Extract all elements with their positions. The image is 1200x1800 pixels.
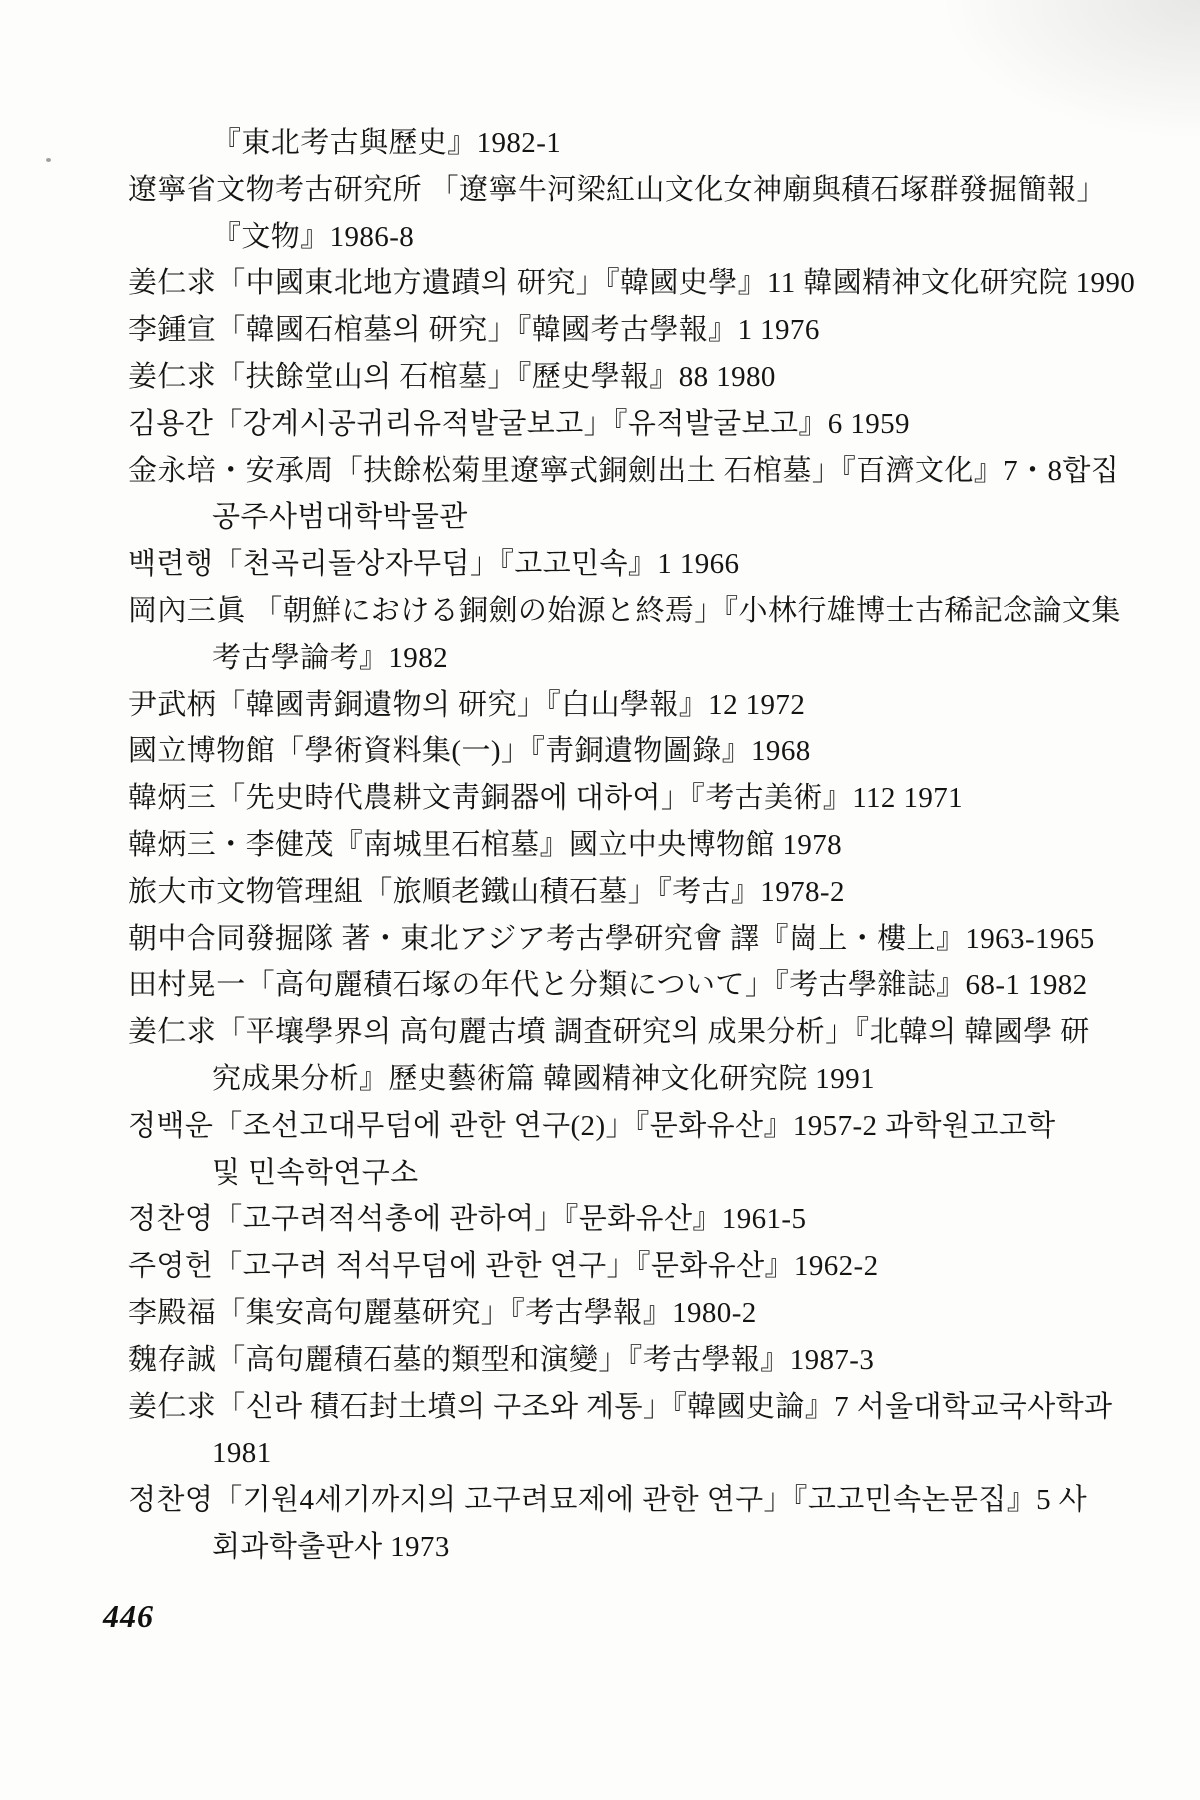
bibliography-line: 백련행「천곡리돌상자무덤」『고고민속』1 1966 (128, 541, 1138, 588)
bibliography-line: 遼寧省文物考古研究所 「遼寧牛河梁紅山文化女神廟與積石塚群發掘簡報」 (128, 167, 1138, 214)
bibliography-line: 李殿福「集安高句麗墓研究」『考古學報』1980-2 (128, 1290, 1138, 1337)
bibliography-line: 田村晃一「高句麗積石塚の年代と分類について」『考古學雜誌』68-1 1982 (128, 962, 1138, 1009)
bibliography-line: 『文物』1986-8 (128, 214, 1138, 261)
bibliography-list: 『東北考古與歷史』1982-1遼寧省文物考古研究所 「遼寧牛河梁紅山文化女神廟與… (128, 120, 1138, 1571)
bibliography-line: 朝中合同發掘隊 著・東北アジア考古學研究會 譯『崗上・樓上』1963-1965 (128, 916, 1138, 963)
bibliography-line: 岡內三眞 「朝鮮における銅劍の始源と終焉」『小林行雄博士古稀記念論文集 (128, 588, 1138, 635)
bibliography-line: 尹武柄「韓國靑銅遺物의 研究」『白山學報』12 1972 (128, 682, 1138, 729)
bibliography-line: 정찬영「기원4세기까지의 고구려묘제에 관한 연구」『고고민속논문집』5 사 (128, 1477, 1138, 1524)
bibliography-line: 및 민속학연구소 (128, 1150, 1138, 1197)
bibliography-line: 정백운「조선고대무덤에 관한 연구(2)」『문화유산』1957-2 과학원고고학 (128, 1103, 1138, 1150)
bibliography-line: 姜仁求「扶餘堂山의 石棺墓」『歷史學報』88 1980 (128, 354, 1138, 401)
bibliography-line: 주영헌「고구려 적석무덤에 관한 연구」『문화유산』1962-2 (128, 1243, 1138, 1290)
bibliography-line: 究成果分析』歷史藝術篇 韓國精神文化研究院 1991 (128, 1056, 1138, 1103)
bibliography-line: 김용간「강계시공귀리유적발굴보고」『유적발굴보고』6 1959 (128, 401, 1138, 448)
bibliography-line: 1981 (128, 1430, 1138, 1477)
scan-shade-artifact (940, 0, 1200, 140)
bibliography-line: 考古學論考』1982 (128, 635, 1138, 682)
bibliography-line: 韓炳三・李健茂『南城里石棺墓』國立中央博物館 1978 (128, 822, 1138, 869)
bibliography-line: 姜仁求「平壤學界의 高句麗古墳 調査研究의 成果分析」『北韓의 韓國學 研 (128, 1009, 1138, 1056)
bibliography-line: 李鍾宣「韓國石棺墓의 研究」『韓國考古學報』1 1976 (128, 307, 1138, 354)
bibliography-line: 姜仁求「中國東北地方遺蹟의 研究」『韓國史學』11 韓國精神文化研究院 1990 (128, 260, 1138, 307)
page-number: 446 (103, 1598, 154, 1635)
bibliography-line: 姜仁求「신라 積石封土墳의 구조와 계통」『韓國史論』7 서울대학교국사학과 (128, 1384, 1138, 1431)
bibliography-line: 공주사범대학박물관 (128, 494, 1138, 541)
bibliography-line: 회과학출판사 1973 (128, 1524, 1138, 1571)
bibliography-line: 정찬영「고구려적석총에 관하여」『문화유산』1961-5 (128, 1196, 1138, 1243)
bibliography-line: 韓炳三「先史時代農耕文靑銅器에 대하여」『考古美術』112 1971 (128, 775, 1138, 822)
document-page: 『東北考古與歷史』1982-1遼寧省文物考古研究所 「遼寧牛河梁紅山文化女神廟與… (0, 0, 1200, 1800)
bibliography-line: 『東北考古與歷史』1982-1 (128, 120, 1138, 167)
bibliography-line: 國立博物館「學術資料集(一)」『靑銅遺物圖錄』1968 (128, 728, 1138, 775)
ink-speck-artifact (46, 158, 51, 162)
bibliography-line: 旅大市文物管理組「旅順老鐵山積石墓」『考古』1978-2 (128, 869, 1138, 916)
bibliography-line: 金永培・安承周「扶餘松菊里遼寧式銅劍出土 石棺墓」『百濟文化』7・8합집 (128, 448, 1138, 495)
bibliography-line: 魏存誠「高句麗積石墓的類型和演變」『考古學報』1987-3 (128, 1337, 1138, 1384)
